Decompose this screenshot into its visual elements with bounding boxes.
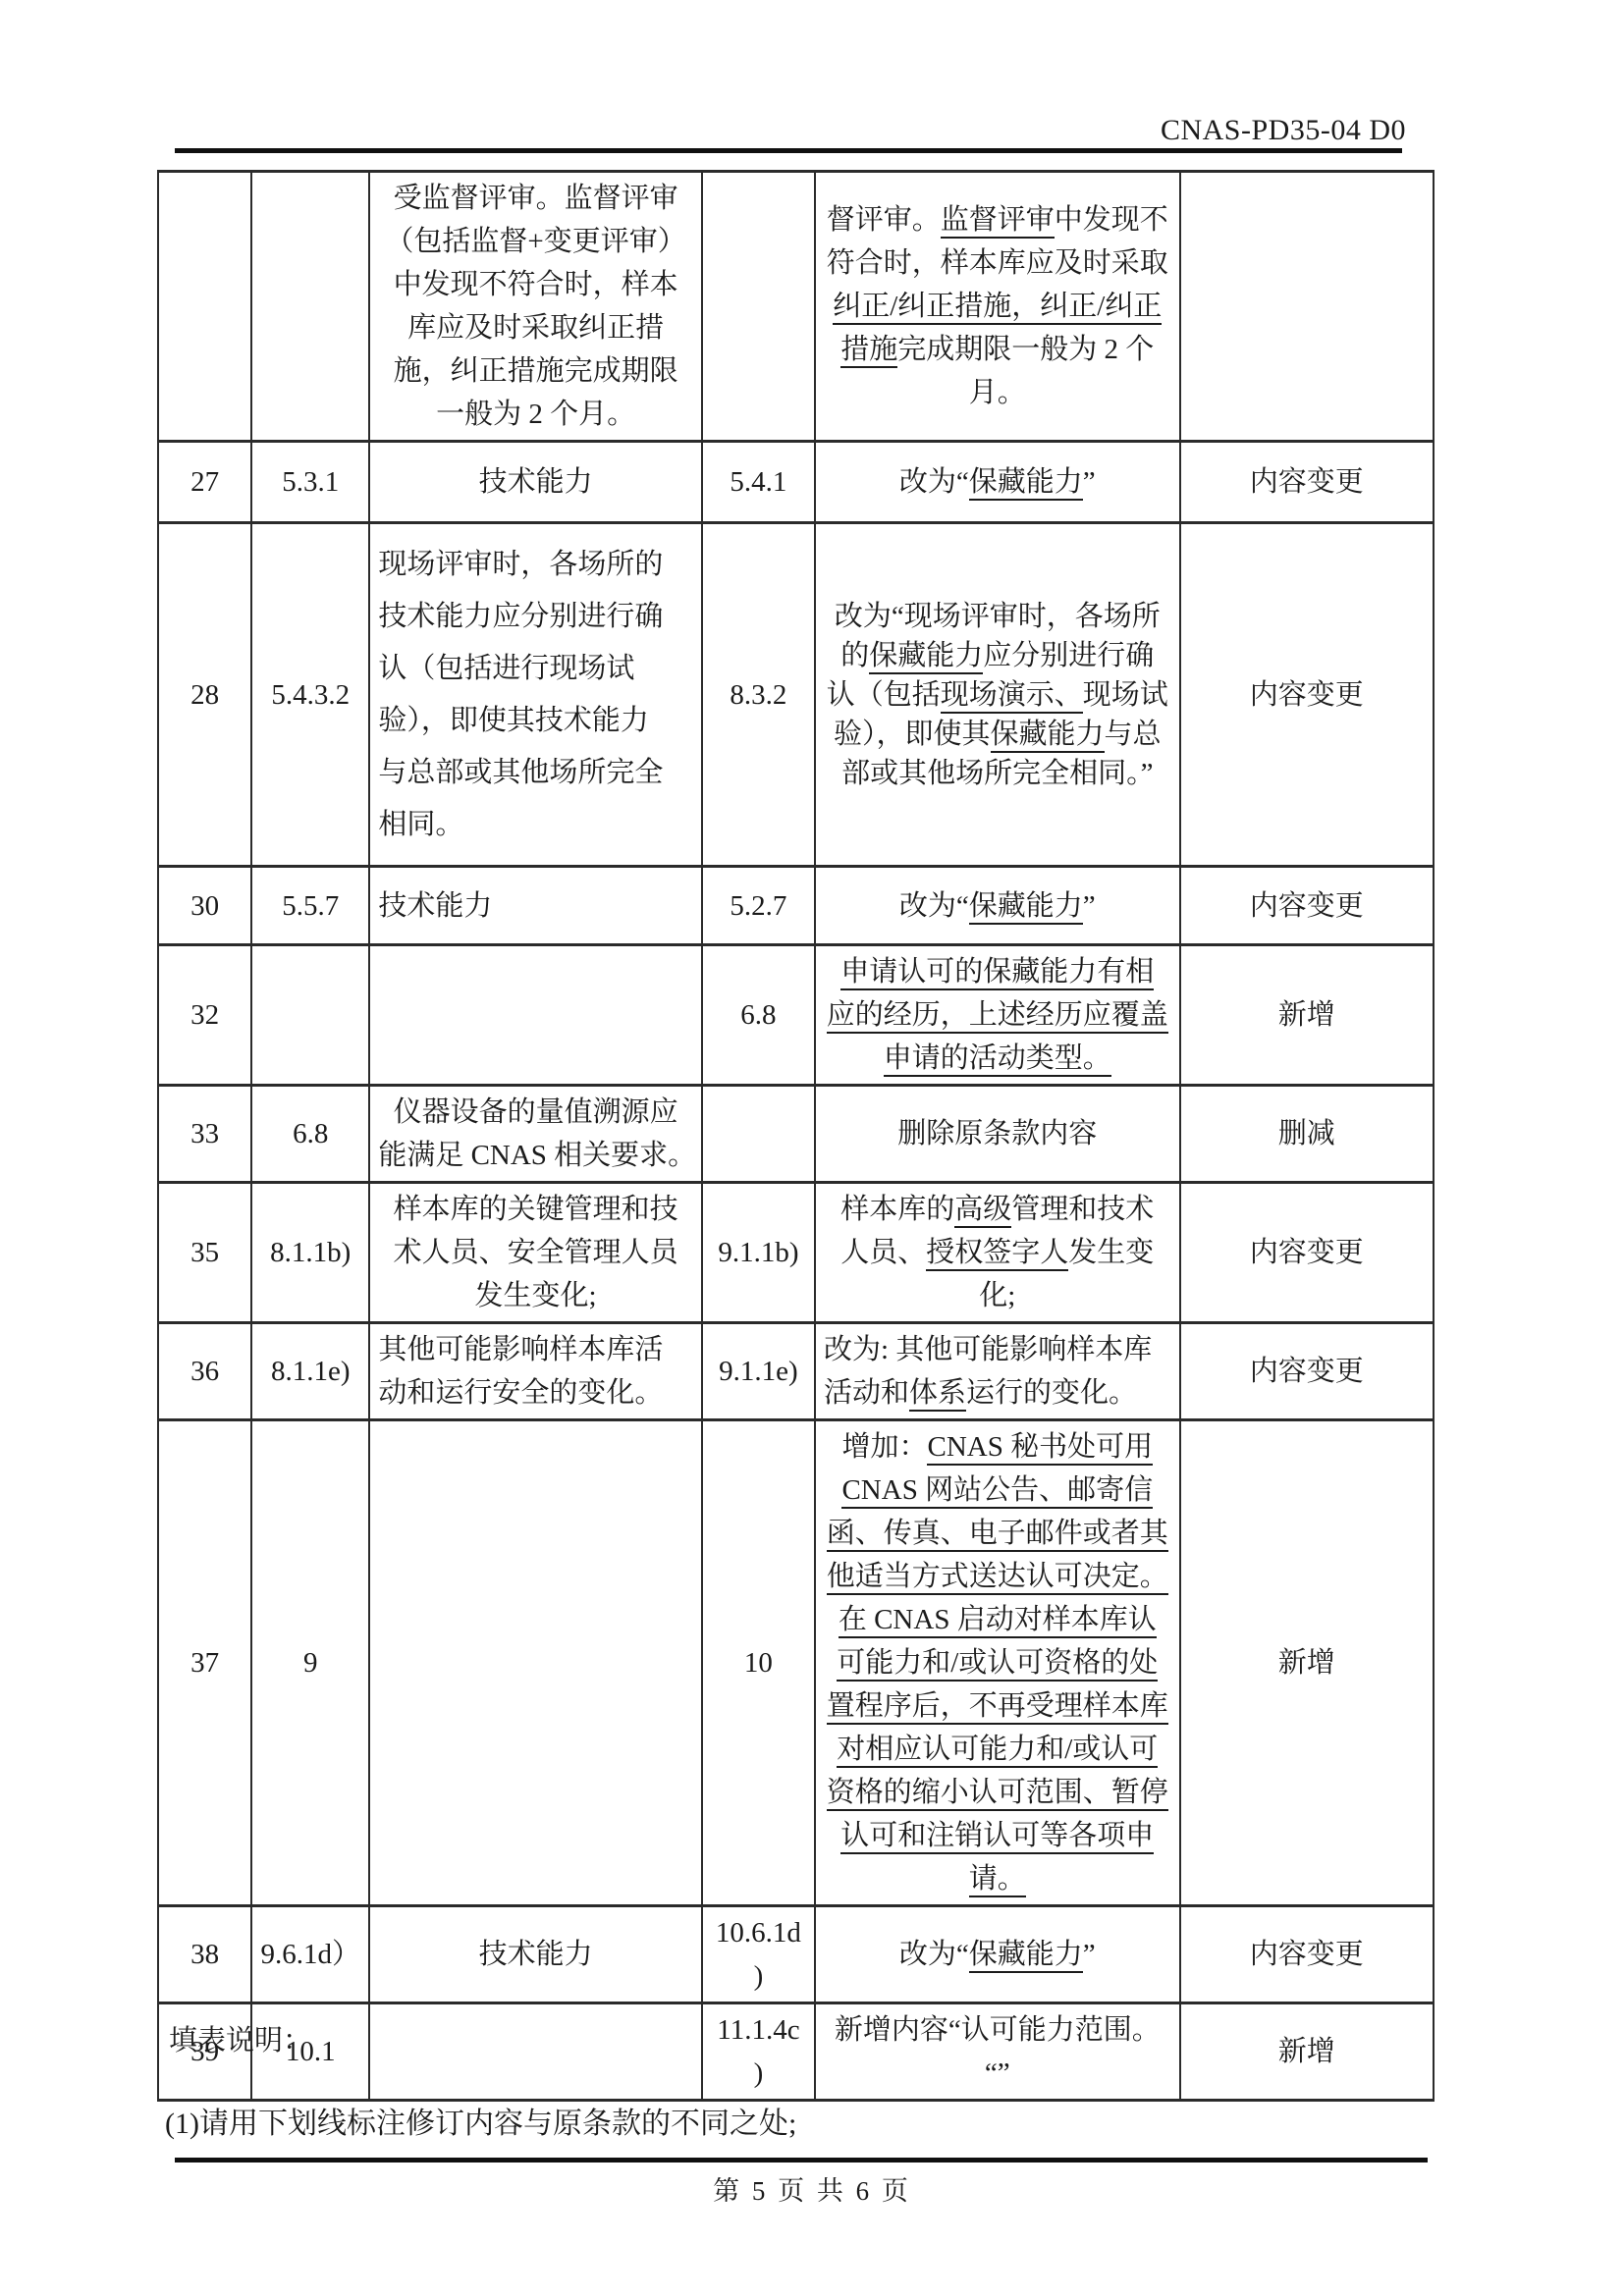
text-line: 5.4.3.2 bbox=[260, 673, 360, 717]
plain-text: 月。 bbox=[969, 377, 1026, 408]
cell-new-clause-no: 6.8 bbox=[702, 945, 815, 1086]
text-line: 新增内容“认可能力范围。 bbox=[824, 2008, 1171, 2052]
table-body: 受监督评审。监督评审（包括监督+变更评审）中发现不符合时，样本库应及时采取纠正措… bbox=[158, 172, 1434, 2101]
cell-orig-clause-no: 9 bbox=[251, 1420, 369, 1906]
text-line: 改为“保藏能力” bbox=[824, 460, 1171, 504]
cell-new-content: 增加：CNAS 秘书处可用CNAS 网站公告、邮寄信函、传真、电子邮件或者其他适… bbox=[815, 1420, 1180, 1906]
text-line: 技术能力 bbox=[378, 1933, 693, 1976]
plain-text: 删除原条款内容 bbox=[897, 1118, 1097, 1149]
cell-new-clause-no bbox=[702, 1086, 815, 1183]
cell-orig-content: 其他可能影响样本库活动和运行安全的变化。 bbox=[369, 1323, 702, 1420]
plain-text: 应分别进行确 bbox=[983, 640, 1154, 671]
cell-new-clause-no: 11.1.4c) bbox=[702, 2003, 815, 2101]
cell-orig-clause-no: 5.3.1 bbox=[251, 442, 369, 523]
cell-orig-content bbox=[369, 945, 702, 1086]
cell-orig-content: 现场评审时，各场所的技术能力应分别进行确认（包括进行现场试验），即使其技术能力与… bbox=[369, 523, 702, 867]
plain-text: 5.2.7 bbox=[730, 890, 786, 922]
text-line: 删减 bbox=[1189, 1112, 1425, 1155]
plain-text: 内容变更 bbox=[1250, 1939, 1364, 1970]
plain-text: 中发现不符合时，样本 bbox=[394, 269, 678, 300]
plain-text: 新增内容“认可能力范围。 bbox=[835, 2014, 1161, 2046]
cell-orig-clause-no bbox=[251, 172, 369, 442]
document-number: CNAS-PD35-04 D0 bbox=[1161, 114, 1406, 147]
text-line: 增加：CNAS 秘书处可用 bbox=[824, 1425, 1171, 1468]
underlined-revision-text: 可能力和/或认可资格的处 bbox=[837, 1647, 1158, 1682]
text-line: 5.3.1 bbox=[260, 460, 360, 504]
underlined-revision-text: 体系 bbox=[909, 1377, 966, 1412]
text-line: 认（包括现场演示、现场试 bbox=[824, 675, 1171, 715]
cell-new-clause-no bbox=[702, 172, 815, 442]
plain-text: 37 bbox=[190, 1647, 219, 1679]
cell-change-type: 内容变更 bbox=[1180, 523, 1434, 867]
plain-text: 5.4.1 bbox=[730, 466, 786, 498]
plain-text: 符合时，样本库应及时采取 bbox=[827, 247, 1168, 279]
cell-row-no: 33 bbox=[158, 1086, 251, 1183]
text-line: 删除原条款内容 bbox=[824, 1112, 1171, 1155]
text-line: 措施完成期限一般为 2 个 bbox=[824, 328, 1171, 371]
text-line: 申请的活动类型。 bbox=[824, 1037, 1171, 1080]
plain-text: 运行的变化。 bbox=[966, 1377, 1137, 1409]
plain-text: ) bbox=[754, 1960, 764, 1992]
table-row: 358.1.1b)样本库的关键管理和技术人员、安全管理人员发生变化;9.1.1b… bbox=[158, 1183, 1434, 1323]
footer-rule bbox=[175, 2158, 1428, 2163]
text-line: 28 bbox=[167, 673, 243, 717]
plain-text: 改为“ bbox=[899, 466, 969, 498]
text-line: 10.6.1d bbox=[711, 1911, 806, 1954]
cell-change-type: 删减 bbox=[1180, 1086, 1434, 1183]
text-line: 施，纠正措施完成期限 bbox=[378, 349, 693, 393]
plain-text: 活动和 bbox=[824, 1377, 909, 1409]
plain-text: 样本库的 bbox=[840, 1194, 954, 1225]
text-line: 动和运行安全的变化。 bbox=[378, 1371, 693, 1415]
underlined-revision-text: 申请的活动类型。 bbox=[884, 1042, 1111, 1077]
table-row: 3910.111.1.4c)新增内容“认可能力范围。“”新增 bbox=[158, 2003, 1434, 2101]
table-row: 受监督评审。监督评审（包括监督+变更评审）中发现不符合时，样本库应及时采取纠正措… bbox=[158, 172, 1434, 442]
cell-orig-clause-no: 8.1.1b) bbox=[251, 1183, 369, 1323]
underlined-revision-text: 认可和注销认可等各项申 bbox=[840, 1820, 1154, 1854]
underlined-revision-text: 纠正/纠正措施，纠正/纠正 bbox=[833, 291, 1162, 325]
cell-orig-clause-no bbox=[251, 945, 369, 1086]
underlined-revision-text: 申请认可的保藏能力有相 bbox=[840, 956, 1154, 990]
text-line: 现场评审时，各场所的 bbox=[378, 539, 693, 591]
text-line: 月。 bbox=[824, 371, 1171, 414]
text-line: 内容变更 bbox=[1189, 884, 1425, 928]
text-line: 新增 bbox=[1189, 993, 1425, 1037]
text-line: 申请认可的保藏能力有相 bbox=[824, 950, 1171, 993]
cell-new-content: 删除原条款内容 bbox=[815, 1086, 1180, 1183]
underlined-revision-text: 授权签字人 bbox=[926, 1237, 1068, 1271]
plain-text: 验），即使其技术能力 bbox=[378, 705, 649, 736]
document-page: CNAS-PD35-04 D0 受监督评审。监督评审（包括监督+变更评审）中发现… bbox=[0, 0, 1624, 2296]
table-row: 326.8申请认可的保藏能力有相应的经历，上述经历应覆盖申请的活动类型。新增 bbox=[158, 945, 1434, 1086]
text-line: 在 CNAS 启动对样本库认 bbox=[824, 1598, 1171, 1641]
cell-orig-clause-no: 8.1.1e) bbox=[251, 1323, 369, 1420]
plain-text: 内容变更 bbox=[1250, 1237, 1364, 1268]
text-line: 8.3.2 bbox=[711, 673, 806, 717]
cell-new-clause-no: 10 bbox=[702, 1420, 815, 1906]
text-line: 37 bbox=[167, 1641, 243, 1684]
fill-notes-title: 填表说明： bbox=[169, 2018, 311, 2058]
text-line: 验），即使其技术能力 bbox=[378, 695, 693, 747]
cell-change-type: 内容变更 bbox=[1180, 1323, 1434, 1420]
cell-row-no: 38 bbox=[158, 1906, 251, 2003]
plain-text: 库应及时采取纠正措 bbox=[407, 312, 664, 344]
text-line: 改为“现场评审时，各场所 bbox=[824, 597, 1171, 636]
text-line: 内容变更 bbox=[1189, 1231, 1425, 1274]
plain-text: 与总部或其他场所完全 bbox=[378, 757, 663, 788]
cell-row-no: 27 bbox=[158, 442, 251, 523]
text-line: 10 bbox=[711, 1641, 806, 1684]
plain-text: 一般为 2 个月。 bbox=[436, 399, 635, 430]
underlined-revision-text: 他适当方式送达认可决定。 bbox=[827, 1561, 1168, 1595]
plain-text: 中发现不 bbox=[1055, 204, 1168, 236]
plain-text: ” bbox=[1083, 1939, 1096, 1970]
text-line: 验），即使其保藏能力与总 bbox=[824, 715, 1171, 754]
text-line: 认可和注销认可等各项申 bbox=[824, 1814, 1171, 1857]
cell-change-type: 内容变更 bbox=[1180, 442, 1434, 523]
plain-text: ” bbox=[1083, 890, 1096, 922]
text-line: 33 bbox=[167, 1112, 243, 1155]
plain-text: 改为“现场评审时，各场所 bbox=[835, 601, 1161, 632]
plain-text: 管理和技术 bbox=[1011, 1194, 1154, 1225]
cell-row-no: 36 bbox=[158, 1323, 251, 1420]
underlined-revision-text: 应的经历，上述经历应覆盖 bbox=[827, 999, 1168, 1034]
plain-text: 改为“ bbox=[899, 890, 969, 922]
plain-text: 完成期限一般为 2 个 bbox=[897, 334, 1154, 365]
text-line: 技术能力 bbox=[378, 884, 693, 928]
cell-orig-content: 技术能力 bbox=[369, 442, 702, 523]
text-line: 术人员、安全管理人员 bbox=[378, 1231, 693, 1274]
plain-text: 的 bbox=[840, 640, 869, 671]
plain-text: 5.5.7 bbox=[282, 890, 339, 922]
cell-orig-clause-no: 5.4.3.2 bbox=[251, 523, 369, 867]
text-line: 督评审。监督评审中发现不 bbox=[824, 198, 1171, 241]
table-row: 305.5.7技术能力5.2.7改为“保藏能力”内容变更 bbox=[158, 867, 1434, 945]
plain-text: 32 bbox=[190, 999, 219, 1031]
text-line: 能满足 CNAS 相关要求。 bbox=[378, 1134, 693, 1177]
text-line: 内容变更 bbox=[1189, 1933, 1425, 1976]
plain-text: 删减 bbox=[1278, 1118, 1335, 1149]
text-line: 技术能力应分别进行确 bbox=[378, 591, 693, 643]
plain-text: （包括监督+变更评审） bbox=[385, 226, 685, 257]
cell-new-clause-no: 8.3.2 bbox=[702, 523, 815, 867]
underlined-revision-text: 保藏能力 bbox=[969, 890, 1083, 925]
underlined-revision-text: 现场演示、 bbox=[941, 679, 1083, 714]
cell-new-clause-no: 5.2.7 bbox=[702, 867, 815, 945]
text-line: 技术能力 bbox=[378, 460, 693, 504]
cell-new-content: 改为“保藏能力” bbox=[815, 867, 1180, 945]
cell-orig-clause-no: 6.8 bbox=[251, 1086, 369, 1183]
cell-row-no: 28 bbox=[158, 523, 251, 867]
cell-change-type: 新增 bbox=[1180, 2003, 1434, 2101]
text-line: 5.2.7 bbox=[711, 884, 806, 928]
table-row: 389.6.1d）技术能力10.6.1d)改为“保藏能力”内容变更 bbox=[158, 1906, 1434, 2003]
cell-change-type: 内容变更 bbox=[1180, 1183, 1434, 1323]
text-line: 6.8 bbox=[711, 993, 806, 1037]
text-line: 资格的缩小认可范围、暂停 bbox=[824, 1771, 1171, 1814]
text-line: 9.6.1d） bbox=[260, 1933, 360, 1976]
text-line: 9.1.1b) bbox=[711, 1231, 806, 1274]
plain-text: ” bbox=[1083, 466, 1096, 498]
cell-orig-clause-no: 5.5.7 bbox=[251, 867, 369, 945]
plain-text: 施，纠正措施完成期限 bbox=[394, 355, 678, 387]
text-line: 函、传真、电子邮件或者其 bbox=[824, 1512, 1171, 1555]
text-line: 与总部或其他场所完全 bbox=[378, 747, 693, 799]
plain-text: 10 bbox=[744, 1647, 773, 1679]
plain-text: 27 bbox=[190, 466, 219, 498]
cell-new-clause-no: 9.1.1b) bbox=[702, 1183, 815, 1323]
plain-text: 28 bbox=[190, 679, 219, 711]
cell-orig-content: 受监督评审。监督评审（包括监督+变更评审）中发现不符合时，样本库应及时采取纠正措… bbox=[369, 172, 702, 442]
text-line: 11.1.4c bbox=[711, 2008, 806, 2052]
plain-text: 内容变更 bbox=[1250, 679, 1364, 711]
cell-orig-content: 仪器设备的量值溯源应能满足 CNAS 相关要求。 bbox=[369, 1086, 702, 1183]
text-line: 9 bbox=[260, 1641, 360, 1684]
plain-text: 新增 bbox=[1278, 2036, 1335, 2067]
text-line: 其他可能影响样本库活 bbox=[378, 1328, 693, 1371]
cell-row-no: 30 bbox=[158, 867, 251, 945]
plain-text: 33 bbox=[190, 1118, 219, 1149]
underlined-revision-text: 保藏能力 bbox=[991, 719, 1105, 753]
plain-text: 6.8 bbox=[740, 999, 776, 1031]
underlined-revision-text: 对相应认可能力和/或认可 bbox=[837, 1734, 1158, 1768]
cell-row-no: 37 bbox=[158, 1420, 251, 1906]
plain-text: 内容变更 bbox=[1250, 890, 1364, 922]
text-line: 仪器设备的量值溯源应 bbox=[378, 1091, 693, 1134]
text-line: 35 bbox=[167, 1231, 243, 1274]
plain-text: 发生变 bbox=[1068, 1237, 1154, 1268]
plain-text: 36 bbox=[190, 1356, 219, 1387]
cell-orig-content bbox=[369, 1420, 702, 1906]
plain-text: 与总 bbox=[1105, 719, 1162, 750]
cell-change-type: 内容变更 bbox=[1180, 1906, 1434, 2003]
plain-text: 8.1.1e) bbox=[271, 1356, 351, 1387]
plain-text: 现场试 bbox=[1083, 679, 1168, 711]
text-line: 置程序后，不再受理样本库 bbox=[824, 1684, 1171, 1728]
underlined-revision-text: 置程序后，不再受理样本库 bbox=[827, 1690, 1168, 1725]
plain-text: 动和运行安全的变化。 bbox=[378, 1377, 663, 1409]
plain-text: 11.1.4c bbox=[717, 2014, 799, 2046]
text-line: 30 bbox=[167, 884, 243, 928]
plain-text: 新增 bbox=[1278, 999, 1335, 1031]
plain-text: 发生变化; bbox=[475, 1280, 597, 1311]
text-line: （包括监督+变更评审） bbox=[378, 220, 693, 263]
text-line: 样本库的关键管理和技 bbox=[378, 1188, 693, 1231]
plain-text: 35 bbox=[190, 1237, 219, 1268]
plain-text: 术人员、安全管理人员 bbox=[394, 1237, 678, 1268]
text-line: 新增 bbox=[1189, 2030, 1425, 2073]
text-line: 6.8 bbox=[260, 1112, 360, 1155]
underlined-revision-text: 资格的缩小认可范围、暂停 bbox=[827, 1777, 1168, 1811]
table-row: 37910增加：CNAS 秘书处可用CNAS 网站公告、邮寄信函、传真、电子邮件… bbox=[158, 1420, 1434, 1906]
text-line: 他适当方式送达认可决定。 bbox=[824, 1555, 1171, 1598]
plain-text: 样本库的关键管理和技 bbox=[394, 1194, 678, 1225]
cell-new-content: 改为“保藏能力” bbox=[815, 442, 1180, 523]
plain-text: 技术能力 bbox=[479, 1939, 593, 1970]
plain-text: 其他可能影响样本库活 bbox=[378, 1334, 663, 1365]
plain-text: 8.3.2 bbox=[730, 679, 786, 711]
text-line: 36 bbox=[167, 1350, 243, 1393]
text-line: 27 bbox=[167, 460, 243, 504]
text-line: 8.1.1e) bbox=[260, 1350, 360, 1393]
underlined-revision-text: 请。 bbox=[969, 1863, 1026, 1897]
plain-text: 现场评审时，各场所的 bbox=[378, 549, 663, 580]
text-line: 活动和体系运行的变化。 bbox=[824, 1371, 1171, 1415]
cell-orig-content: 样本库的关键管理和技术人员、安全管理人员发生变化; bbox=[369, 1183, 702, 1323]
plain-text: 9 bbox=[303, 1647, 318, 1679]
cell-new-clause-no: 10.6.1d) bbox=[702, 1906, 815, 2003]
text-line: 一般为 2 个月。 bbox=[378, 393, 693, 436]
cell-new-content: 改为“保藏能力” bbox=[815, 1906, 1180, 2003]
plain-text: 9.6.1d） bbox=[260, 1939, 360, 1970]
text-line: 受监督评审。监督评审 bbox=[378, 177, 693, 220]
plain-text: 部或其他场所完全相同。” bbox=[841, 758, 1153, 789]
text-line: 认（包括进行现场试 bbox=[378, 643, 693, 695]
revision-comparison-table: 受监督评审。监督评审（包括监督+变更评审）中发现不符合时，样本库应及时采取纠正措… bbox=[157, 170, 1435, 2102]
cell-row-no: 32 bbox=[158, 945, 251, 1086]
cell-new-clause-no: 5.4.1 bbox=[702, 442, 815, 523]
table-row: 285.4.3.2现场评审时，各场所的技术能力应分别进行确认（包括进行现场试验）… bbox=[158, 523, 1434, 867]
underlined-revision-text: 保藏能力 bbox=[969, 466, 1083, 501]
underlined-revision-text: 措施 bbox=[840, 334, 897, 368]
text-line: 32 bbox=[167, 993, 243, 1037]
cell-orig-clause-no: 9.6.1d） bbox=[251, 1906, 369, 2003]
plain-text: 仪器设备的量值溯源应 bbox=[394, 1096, 678, 1128]
plain-text: 38 bbox=[190, 1939, 219, 1970]
plain-text: 内容变更 bbox=[1250, 1356, 1364, 1387]
text-line: 5.4.1 bbox=[711, 460, 806, 504]
plain-text: 新增 bbox=[1278, 1647, 1335, 1679]
underlined-revision-text: 监督评审 bbox=[941, 204, 1055, 239]
text-line: 可能力和/或认可资格的处 bbox=[824, 1641, 1171, 1684]
text-line: 对相应认可能力和/或认可 bbox=[824, 1728, 1171, 1771]
plain-text: “” bbox=[985, 2057, 1010, 2089]
plain-text: 30 bbox=[190, 890, 219, 922]
text-line: 内容变更 bbox=[1189, 1350, 1425, 1393]
text-line: 请。 bbox=[824, 1857, 1171, 1900]
fill-note-1: (1)请用下划线标注修订内容与原条款的不同之处; bbox=[165, 2099, 796, 2142]
plain-text: 8.1.1b) bbox=[270, 1237, 351, 1268]
plain-text: 技术能力 bbox=[378, 890, 492, 922]
underlined-revision-text: 在 CNAS 启动对样本库认 bbox=[839, 1604, 1157, 1638]
plain-text: 6.8 bbox=[293, 1118, 328, 1149]
text-line: 改为: 其他可能影响样本库 bbox=[824, 1328, 1171, 1371]
plain-text: 10.6.1d bbox=[716, 1917, 801, 1949]
plain-text: 受监督评审。监督评审 bbox=[394, 183, 678, 214]
cell-new-content: 改为“现场评审时，各场所的保藏能力应分别进行确认（包括现场演示、现场试验），即使… bbox=[815, 523, 1180, 867]
text-line: “” bbox=[824, 2052, 1171, 2095]
cell-new-content: 样本库的高级管理和技术人员、授权签字人发生变化; bbox=[815, 1183, 1180, 1323]
text-line: 新增 bbox=[1189, 1641, 1425, 1684]
plain-text: 改为“ bbox=[899, 1939, 969, 1970]
header-rule bbox=[175, 148, 1402, 153]
table-row: 368.1.1e)其他可能影响样本库活动和运行安全的变化。9.1.1e)改为: … bbox=[158, 1323, 1434, 1420]
text-line: 样本库的高级管理和技术 bbox=[824, 1188, 1171, 1231]
text-line: 纠正/纠正措施，纠正/纠正 bbox=[824, 285, 1171, 328]
cell-new-content: 申请认可的保藏能力有相应的经历，上述经历应覆盖申请的活动类型。 bbox=[815, 945, 1180, 1086]
plain-text: 能满足 CNAS 相关要求。 bbox=[378, 1140, 696, 1171]
text-line: 8.1.1b) bbox=[260, 1231, 360, 1274]
text-line: 符合时，样本库应及时采取 bbox=[824, 241, 1171, 285]
text-line: 人员、授权签字人发生变 bbox=[824, 1231, 1171, 1274]
text-line: 9.1.1e) bbox=[711, 1350, 806, 1393]
cell-change-type: 内容变更 bbox=[1180, 867, 1434, 945]
text-line: 部或其他场所完全相同。” bbox=[824, 754, 1171, 793]
plain-text: 认（包括进行现场试 bbox=[378, 653, 634, 684]
text-line: 应的经历，上述经历应覆盖 bbox=[824, 993, 1171, 1037]
plain-text: 化; bbox=[979, 1280, 1015, 1311]
cell-orig-content: 技术能力 bbox=[369, 1906, 702, 2003]
text-line: 相同。 bbox=[378, 799, 693, 851]
text-line: 的保藏能力应分别进行确 bbox=[824, 636, 1171, 675]
underlined-revision-text: 高级 bbox=[954, 1194, 1011, 1228]
cell-row-no bbox=[158, 172, 251, 442]
plain-text: 改为: 其他可能影响样本库 bbox=[824, 1334, 1152, 1365]
cell-row-no: 35 bbox=[158, 1183, 251, 1323]
text-line: 内容变更 bbox=[1189, 673, 1425, 717]
plain-text: 内容变更 bbox=[1250, 466, 1364, 498]
cell-new-content: 督评审。监督评审中发现不符合时，样本库应及时采取纠正/纠正措施，纠正/纠正措施完… bbox=[815, 172, 1180, 442]
table-row: 336.8仪器设备的量值溯源应能满足 CNAS 相关要求。删除原条款内容删减 bbox=[158, 1086, 1434, 1183]
text-line: 改为“保藏能力” bbox=[824, 1933, 1171, 1976]
text-line: ) bbox=[711, 1954, 806, 1998]
text-line: 库应及时采取纠正措 bbox=[378, 306, 693, 349]
text-line: 38 bbox=[167, 1933, 243, 1976]
plain-text: 增加： bbox=[841, 1431, 927, 1463]
cell-change-type: 新增 bbox=[1180, 945, 1434, 1086]
text-line: 改为“保藏能力” bbox=[824, 884, 1171, 928]
plain-text: 督评审。 bbox=[827, 204, 941, 236]
text-line: 内容变更 bbox=[1189, 460, 1425, 504]
text-line: 5.5.7 bbox=[260, 884, 360, 928]
cell-new-content: 改为: 其他可能影响样本库活动和体系运行的变化。 bbox=[815, 1323, 1180, 1420]
text-line: 发生变化; bbox=[378, 1274, 693, 1317]
plain-text: 5.3.1 bbox=[282, 466, 339, 498]
text-line: ) bbox=[711, 2052, 806, 2095]
text-line: 中发现不符合时，样本 bbox=[378, 263, 693, 306]
cell-orig-content bbox=[369, 2003, 702, 2101]
cell-orig-content: 技术能力 bbox=[369, 867, 702, 945]
cell-new-clause-no: 9.1.1e) bbox=[702, 1323, 815, 1420]
underlined-revision-text: CNAS 秘书处可用 bbox=[927, 1431, 1153, 1466]
plain-text: 9.1.1e) bbox=[719, 1356, 798, 1387]
underlined-revision-text: CNAS 网站公告、邮寄信 bbox=[841, 1474, 1153, 1509]
text-line: CNAS 网站公告、邮寄信 bbox=[824, 1468, 1171, 1512]
plain-text: 认（包括 bbox=[827, 679, 941, 711]
cell-change-type: 新增 bbox=[1180, 1420, 1434, 1906]
text-line: 化; bbox=[824, 1274, 1171, 1317]
plain-text: 人员、 bbox=[840, 1237, 926, 1268]
cell-change-type bbox=[1180, 172, 1434, 442]
underlined-revision-text: 函、传真、电子邮件或者其 bbox=[827, 1518, 1168, 1552]
plain-text: 9.1.1b) bbox=[718, 1237, 798, 1268]
plain-text: 相同。 bbox=[378, 809, 463, 840]
plain-text: 5.4.3.2 bbox=[271, 679, 350, 711]
table-row: 275.3.1技术能力5.4.1改为“保藏能力”内容变更 bbox=[158, 442, 1434, 523]
plain-text: 验），即使其 bbox=[834, 719, 991, 750]
page-number: 第 5 页 共 6 页 bbox=[0, 2169, 1624, 2208]
underlined-revision-text: 保藏能力 bbox=[869, 640, 983, 674]
cell-new-content: 新增内容“认可能力范围。“” bbox=[815, 2003, 1180, 2101]
underlined-revision-text: 保藏能力 bbox=[969, 1939, 1083, 1973]
plain-text: 技术能力应分别进行确 bbox=[378, 601, 663, 632]
plain-text: ) bbox=[754, 2057, 764, 2089]
plain-text: 技术能力 bbox=[479, 466, 593, 498]
